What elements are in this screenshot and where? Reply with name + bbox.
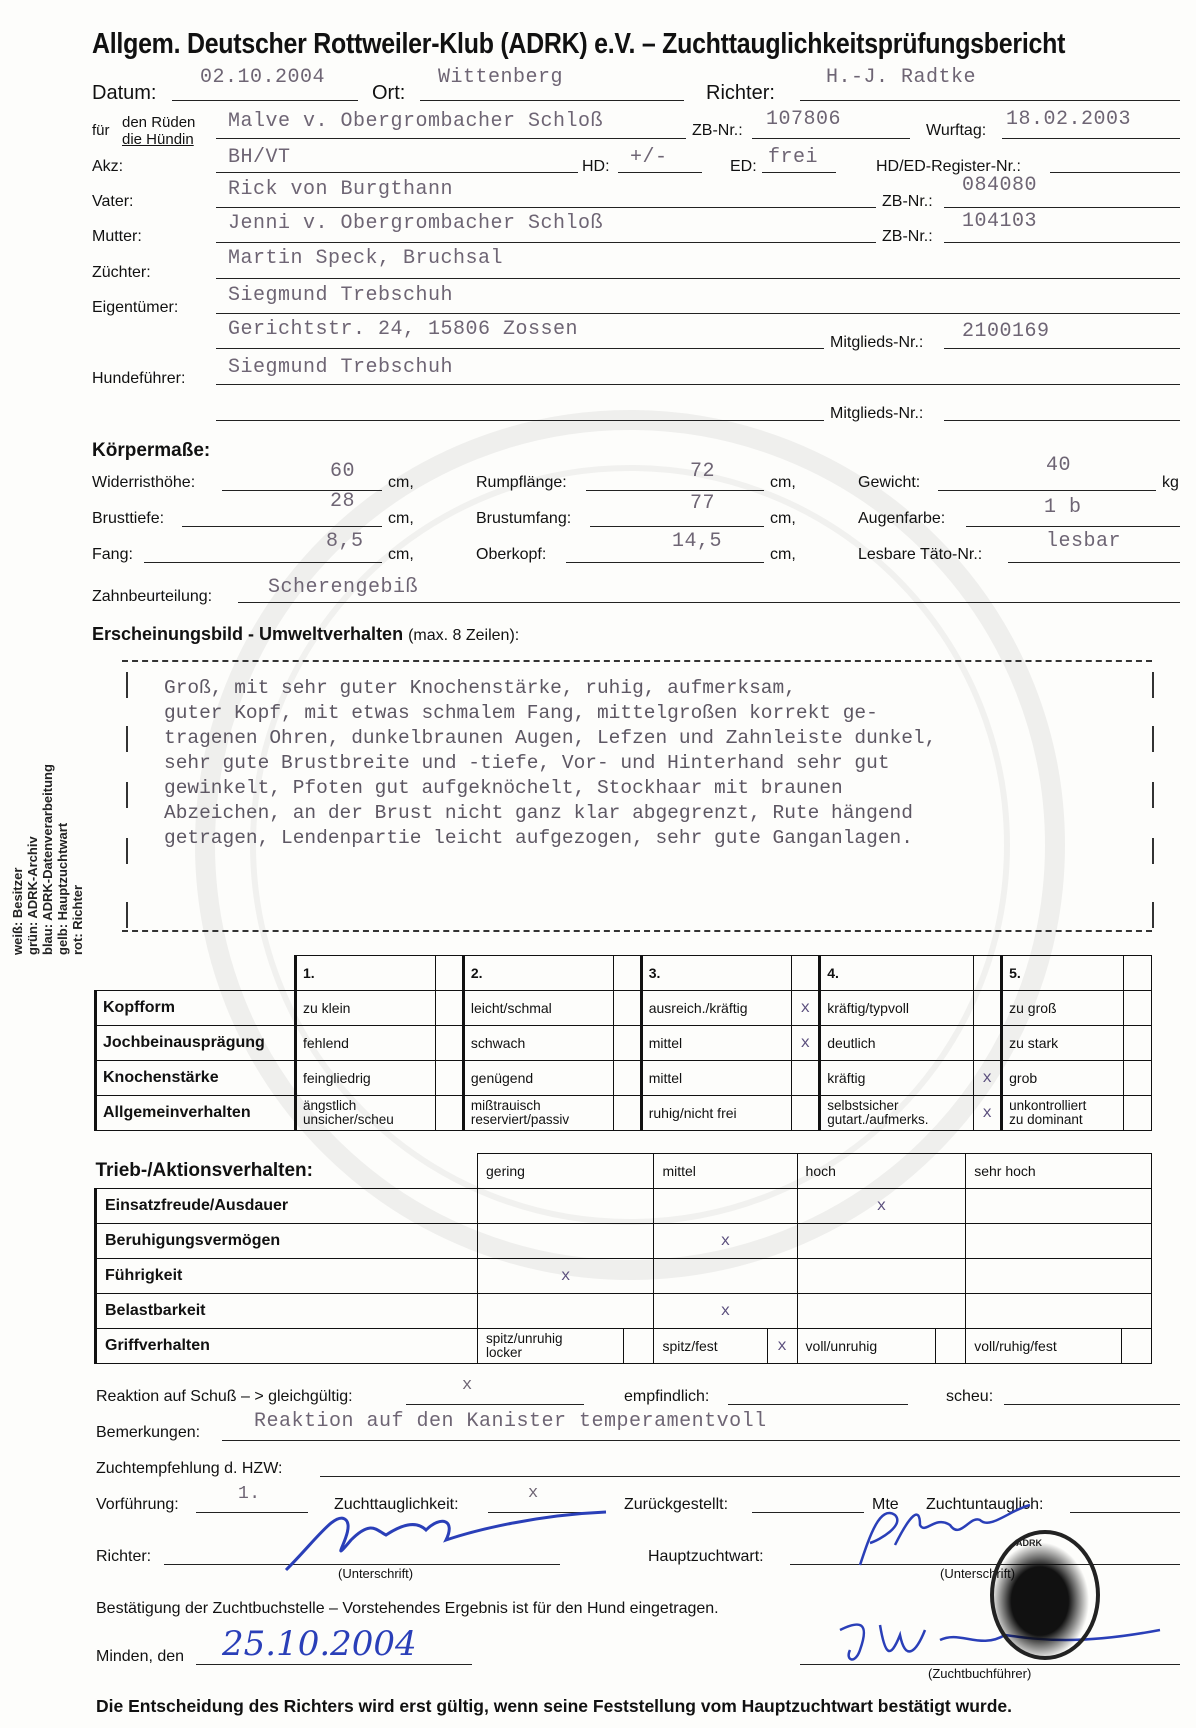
rating-column-header: 5. [1002,956,1124,991]
vater-label: Vater: [92,193,134,211]
table-corner [96,956,296,991]
drive-checkbox[interactable]: x [478,1259,654,1294]
rueden-label: den Rüden [122,114,195,131]
zahn-label: Zahnbeurteilung: [92,588,212,606]
vorfuehrung-field[interactable]: 1. [238,1484,261,1504]
rating-checkbox[interactable]: x [974,1096,1002,1131]
copy-note-line: grün: ADRK-Archiv [25,764,40,955]
rating-row: Knochenstärkefeingliedriggenügendmittelk… [96,1061,1152,1096]
rating-row-label: Kopfform [96,991,296,1026]
augen-label: Augenfarbe: [858,510,945,528]
drive-checkbox[interactable] [797,1224,966,1259]
appearance-note: (max. 8 Zeilen): [408,627,519,644]
rating-option: mißtrauisch reserviert/passiv [463,1096,613,1131]
rating-checkbox[interactable]: x [792,1026,820,1061]
richter-label: Richter: [706,82,775,105]
oberkopf-label: Oberkopf: [476,546,546,564]
unit-cm: cm, [770,510,796,528]
zb-field[interactable]: 107806 [766,108,841,131]
appearance-heading: Erscheinungsbild - Umweltverhalten (max.… [92,624,519,645]
zuechter-field[interactable]: Martin Speck, Bruchsal [228,247,503,270]
rating-column-header: 2. [463,956,613,991]
widerrist-label: Widerristhöhe: [92,474,195,492]
grip-option: spitz/unruhig locker [478,1329,624,1364]
richter-field[interactable]: H.-J. Radtke [826,66,976,89]
footer-note: Die Entscheidung des Richters wird erst … [96,1696,1012,1717]
rating-row: Kopfformzu kleinleicht/schmalausreich./k… [96,991,1152,1026]
club-stamp: ADRK [990,1530,1100,1660]
rating-checkbox[interactable] [1124,1096,1152,1131]
drive-column-header: sehr hoch [966,1154,1152,1189]
drive-checkbox[interactable] [478,1189,654,1224]
rating-table: 1.2.3.4.5.Kopfformzu kleinleicht/schmala… [94,955,1152,1131]
drive-checkbox[interactable] [966,1224,1152,1259]
ed-label: ED: [730,158,757,176]
drive-row-label: Beruhigungsvermögen [96,1224,478,1259]
drive-checkbox[interactable]: x [654,1224,797,1259]
rating-column-mark-header [792,956,820,991]
rating-option: mittel [641,1026,792,1061]
drive-checkbox[interactable]: x [797,1189,966,1224]
rating-column-mark-header [974,956,1002,991]
scheu-label: scheu: [946,1388,993,1406]
rating-row-label: Allgemeinverhalten [96,1096,296,1131]
rumpf-field[interactable]: 72 [690,460,715,483]
grip-option: voll/ruhig/fest [966,1329,1122,1364]
rating-row: Allgemeinverhaltenängstlich unsicher/sch… [96,1096,1152,1131]
mitglied2-label: Mitglieds-Nr.: [830,405,923,423]
datum-field[interactable]: 02.10.2004 [200,66,325,89]
unit-kg: kg [1162,474,1179,492]
fang-field[interactable]: 8,5 [326,530,364,553]
drive-checkbox[interactable] [478,1294,654,1329]
vorfuehrung-label: Vorführung: [96,1496,179,1514]
drive-row: Einsatzfreude/Ausdauerx [96,1189,1152,1224]
brustumfang-label: Brustumfang: [476,510,571,528]
rating-checkbox[interactable] [974,1026,1002,1061]
brustumfang-field[interactable]: 77 [690,492,715,515]
rating-option: genügend [463,1061,613,1096]
huendin-label: die Hündin [122,131,194,148]
zahn-field[interactable]: Scherengebiß [268,576,418,599]
empfindlich-label: empfindlich: [624,1388,709,1406]
grip-checkbox[interactable] [936,1329,966,1364]
ort-label: Ort: [372,82,405,105]
remarks-box-top [122,660,1152,662]
drive-column-header: gering [478,1154,654,1189]
rating-option: kräftig [820,1061,974,1096]
rumpf-label: Rumpflänge: [476,474,567,492]
rating-checkbox[interactable] [613,1061,641,1096]
unit-cm: cm, [388,474,414,492]
rating-checkbox[interactable] [1124,1026,1152,1061]
rating-column-mark-header [435,956,463,991]
taeto-label: Lesbare Täto-Nr.: [858,546,982,564]
drive-row: Führigkeitx [96,1259,1152,1294]
rating-option: deutlich [820,1026,974,1061]
drive-column-header: mittel [654,1154,797,1189]
drive-row-label: Belastbarkeit [96,1294,478,1329]
wurftag-field[interactable]: 18.02.2003 [1006,108,1131,131]
zurueckgestellt-label: Zurückgestellt: [624,1496,728,1514]
wurftag-label: Wurftag: [926,122,986,140]
drive-checkbox[interactable] [797,1259,966,1294]
drive-table: Trieb-/Aktionsverhalten:geringmittelhoch… [94,1153,1152,1364]
unit-cm: cm, [770,474,796,492]
rating-option: schwach [463,1026,613,1061]
grip-option: voll/unruhig [797,1329,936,1364]
rating-option: ängstlich unsicher/scheu [296,1096,436,1131]
rating-option: feingliedrig [296,1061,436,1096]
brusttiefe-field[interactable]: 28 [330,490,355,513]
mutter-zb-field[interactable]: 104103 [962,210,1037,233]
rating-checkbox[interactable]: x [792,991,820,1026]
appearance-text[interactable]: Groß, mit sehr guter Knochenstärke, ruhi… [164,676,936,851]
rating-option: zu stark [1002,1026,1124,1061]
rating-option: kräftig/typvoll [820,991,974,1026]
grip-checkbox[interactable] [1122,1329,1152,1364]
drive-checkbox[interactable] [797,1294,966,1329]
rating-checkbox[interactable] [974,991,1002,1026]
augen-field[interactable]: 1 b [1044,496,1082,519]
minden-date[interactable]: 25.10.2004 [222,1624,417,1664]
grip-row-label: Griffverhalten [96,1329,478,1364]
drive-row-label: Einsatzfreude/Ausdauer [96,1189,478,1224]
shot-label: Reaktion auf Schuß – > gleichgültig: [96,1388,353,1406]
drive-checkbox[interactable] [966,1259,1152,1294]
fuer-label: für [92,122,110,139]
eigentuemer-field[interactable]: Siegmund Trebschuh [228,284,453,307]
mutter-field[interactable]: Jenni v. Obergrombacher Schloß [228,212,603,235]
grip-row: Griffverhaltenspitz/unruhig lockerspitz/… [96,1329,1152,1364]
taeto-field[interactable]: lesbar [1046,530,1121,553]
rating-row-label: Knochenstärke [96,1061,296,1096]
remarks-box-bottom [122,930,1152,932]
drive-checkbox[interactable] [966,1189,1152,1224]
hd-label: HD: [582,158,610,176]
drive-row-label: Führigkeit [96,1259,478,1294]
copy-note-line: gelb: Hauptzuchtwart [55,764,70,955]
mitglied-field[interactable]: 2100169 [962,320,1050,343]
brusttiefe-label: Brusttiefe: [92,510,164,528]
datum-label: Datum: [92,82,156,105]
eigentuemer-label: Eigentümer: [92,299,178,317]
ort-field[interactable]: Wittenberg [438,66,563,89]
stamp-text: ADRK [1016,1538,1042,1548]
rating-option: fehlend [296,1026,436,1061]
rating-option: selbstsicher gutart./aufmerks. [820,1096,974,1131]
hundefuehrer-field[interactable]: Siegmund Trebschuh [228,356,453,379]
bemerkungen-field[interactable]: Reaktion auf den Kanister temperamentvol… [254,1410,767,1433]
akz-label: Akz: [92,158,123,176]
dog-name-field[interactable]: Malve v. Obergrombacher Schloß [228,110,603,133]
rating-checkbox[interactable] [435,991,463,1026]
vater-field[interactable]: Rick von Burgthann [228,178,453,201]
drive-row: Belastbarkeitx [96,1294,1152,1329]
copy-note-line: weiß: Besitzer [10,764,25,955]
rating-checkbox[interactable] [435,1026,463,1061]
rating-checkbox[interactable] [1124,991,1152,1026]
grip-option: spitz/fest [654,1329,767,1364]
mutter-label: Mutter: [92,228,142,246]
zb-label: ZB-Nr.: [692,122,743,140]
bemerkungen-label: Bemerkungen: [96,1424,200,1442]
drive-checkbox[interactable] [654,1259,797,1294]
rating-checkbox[interactable] [792,1061,820,1096]
rating-option: ausreich./kräftig [641,991,792,1026]
akz-field[interactable]: BH/VT [228,146,291,169]
rating-checkbox[interactable] [613,991,641,1026]
rating-checkbox[interactable] [613,1096,641,1131]
zuechter-label: Züchter: [92,264,151,282]
drive-row: Beruhigungsvermögenx [96,1224,1152,1259]
grip-checkbox[interactable] [624,1329,654,1364]
rating-checkbox[interactable] [435,1061,463,1096]
drive-checkbox[interactable] [478,1224,654,1259]
oberkopf-field[interactable]: 14,5 [672,530,722,553]
rating-checkbox[interactable] [792,1096,820,1131]
rating-option: zu klein [296,991,436,1026]
vater-zb-label: ZB-Nr.: [882,193,933,211]
rating-row: Jochbeinausprägungfehlendschwachmittelxd… [96,1026,1152,1061]
copy-distribution-note: weiß: Besitzergrün: ADRK-Archivblau: ADR… [10,764,85,955]
rating-option: zu groß [1002,991,1124,1026]
minden-label: Minden, den [96,1648,184,1666]
rating-option: grob [1002,1061,1124,1096]
drive-checkbox[interactable] [966,1294,1152,1329]
koerpermasse-heading: Körpermaße: [92,440,210,462]
fang-label: Fang: [92,546,133,564]
rating-row-label: Jochbeinausprägung [96,1026,296,1061]
adresse-field[interactable]: Gerichtstr. 24, 15806 Zossen [228,318,578,341]
page-title: Allgem. Deutscher Rottweiler-Klub (ADRK)… [92,28,1065,61]
grip-checkbox[interactable]: x [767,1329,797,1364]
mitglied-label: Mitglieds-Nr.: [830,334,923,352]
widerrist-field[interactable]: 60 [330,460,355,483]
unit-cm: cm, [388,546,414,564]
shot-gleichgueltig-field[interactable]: x [462,1376,473,1395]
rating-checkbox[interactable] [613,1026,641,1061]
drive-column-header: hoch [797,1154,966,1189]
gewicht-label: Gewicht: [858,474,920,492]
rating-option: mittel [641,1061,792,1096]
copy-note-line: blau: ADRK-Datenverarbeitung [40,764,55,955]
richter-sign-label: Richter: [96,1548,151,1566]
rating-option: leicht/schmal [463,991,613,1026]
rating-checkbox[interactable] [435,1096,463,1131]
rating-column-header: 3. [641,956,792,991]
rating-option: unkontrolliert zu dominant [1002,1096,1124,1131]
hundefuehrer-label: Hundeführer: [92,370,185,388]
drive-checkbox[interactable] [654,1189,797,1224]
zuchtempfehlung-label: Zuchtempfehlung d. HZW: [96,1460,282,1478]
drive-checkbox[interactable]: x [654,1294,797,1329]
rating-column-mark-header [1124,956,1152,991]
unit-cm: cm, [388,510,414,528]
hzw-sign-label: Hauptzuchtwart: [648,1548,764,1566]
rating-column-mark-header [613,956,641,991]
unit-cm: cm, [770,546,796,564]
richter-signature [276,1500,616,1580]
confirm-text: Bestätigung der Zuchtbuchstelle – Vorste… [96,1600,719,1618]
rating-checkbox[interactable]: x [974,1061,1002,1096]
copy-note-line: rot: Richter [70,764,85,955]
appearance-title: Erscheinungsbild - Umweltverhalten [92,624,403,644]
drive-heading: Trieb-/Aktionsverhalten: [96,1154,478,1189]
gewicht-field[interactable]: 40 [1046,454,1071,477]
hd-field[interactable]: +/- [630,146,668,169]
rating-column-header: 1. [296,956,436,991]
ed-field[interactable]: frei [768,146,818,169]
rating-option: ruhig/nicht frei [641,1096,792,1131]
mutter-zb-label: ZB-Nr.: [882,228,933,246]
rating-checkbox[interactable] [1124,1061,1152,1096]
rating-column-header: 4. [820,956,974,991]
vater-zb-field[interactable]: 084080 [962,174,1037,197]
